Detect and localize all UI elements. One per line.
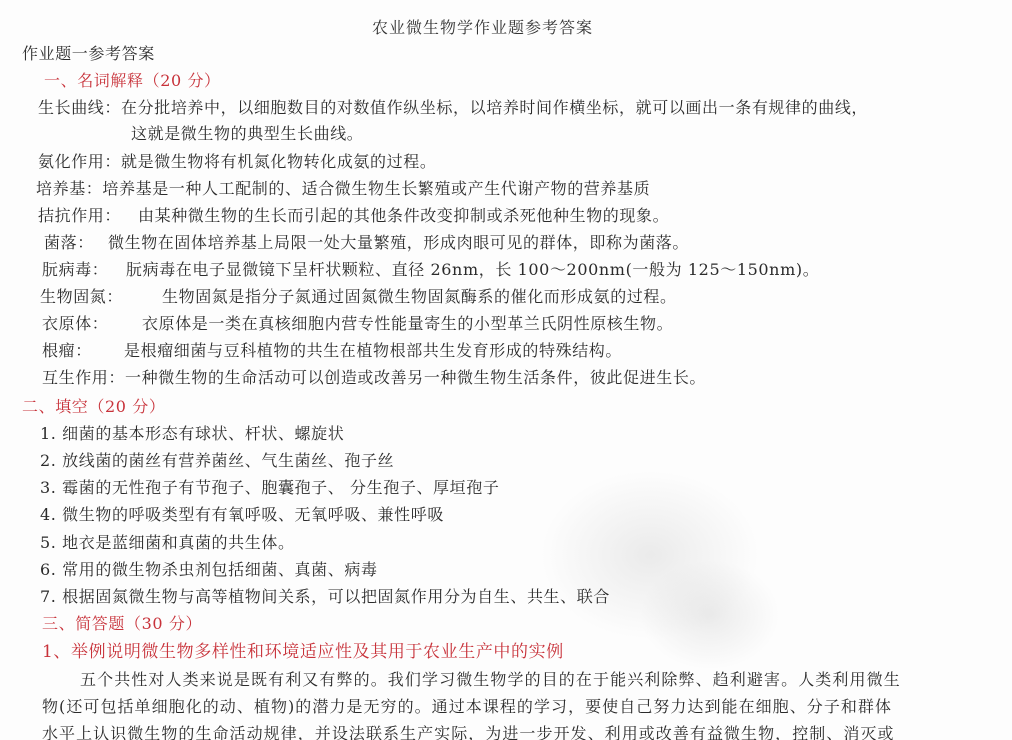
document-page: 农业微生物学作业题参考答案 作业题一参考答案 一、名词解释（20 分） 生长曲线…	[0, 0, 1012, 740]
fill-blank-item: 1. 细菌的基本形态有球状、杆状、螺旋状	[40, 424, 344, 444]
definition-text: 由某种微生物的生长而引起的其他条件改变抑制或杀死他种生物的现象。	[138, 206, 669, 225]
definition-term: 根瘤：	[42, 341, 124, 361]
definition-term: 生物固氮：	[40, 287, 162, 307]
section-heading-definitions: 一、名词解释（20 分）	[44, 71, 221, 91]
fill-blank-item: 4. 微生物的呼吸类型有有氧呼吸、无氧呼吸、兼性呼吸	[40, 505, 444, 525]
definition-item: 菌落：微生物在固体培养基上局限一处大量繁殖，形成肉眼可见的群体，即称为菌落。	[44, 233, 689, 253]
answer-paragraph-line: 水平上认识微生物的生命活动规律，并设法联系生产实际，为进一步开发、利用或改善有益…	[42, 724, 895, 740]
definition-item: 生物固氮：生物固氮是指分子氮通过固氮微生物固氮酶系的催化而形成氨的过程。	[40, 287, 677, 307]
scan-smudge	[640, 560, 780, 670]
answer-paragraph-line: 物(还可包括单细胞化的动、植物)的潜力是无穷的。通过本课程的学习，要使自己努力达…	[42, 697, 892, 717]
definition-term: 生长曲线：	[38, 98, 121, 118]
fill-blank-item: 2. 放线菌的菌丝有营养菌丝、气生菌丝、孢子丝	[40, 451, 394, 471]
document-subtitle: 作业题一参考答案	[22, 44, 155, 64]
definition-text: 培养基是一种人工配制的、适合微生物生长繁殖或产生代谢产物的营养基质	[102, 179, 650, 198]
definition-term: 氨化作用：	[38, 152, 121, 172]
definition-term: 衣原体：	[42, 314, 142, 334]
fill-blank-item: 6. 常用的微生物杀虫剂包括细菌、真菌、病毒	[40, 560, 378, 580]
definition-text: 衣原体是一类在真核细胞内营专性能量寄生的小型革兰氏阴性原核生物。	[142, 314, 673, 333]
definition-item: 根瘤：是根瘤细菌与豆科植物的共生在植物根部共生发育形成的特殊结构。	[42, 341, 622, 361]
definition-item: 氨化作用：就是微生物将有机氮化物转化成氨的过程。	[38, 152, 436, 172]
definition-term: 朊病毒：	[42, 260, 126, 280]
definition-item: 生长曲线：在分批培养中，以细胞数目的对数值作纵坐标，以培养时间作横坐标，就可以画…	[38, 98, 868, 118]
definition-text: 生物固氮是指分子氮通过固氮微生物固氮酶系的催化而形成氨的过程。	[162, 287, 677, 306]
scan-smudge	[540, 470, 760, 640]
fill-blank-item: 3. 霉菌的无性孢子有节孢子、胞囊孢子、 分生孢子、厚垣孢子	[40, 478, 499, 498]
definition-term: 培养基：	[36, 179, 102, 199]
definition-continuation: 这就是微生物的典型生长曲线。	[131, 124, 363, 144]
answer-paragraph-line: 五个共性对人类来说是既有利又有弊的。我们学习微生物学的目的在于能兴利除弊、趋利避…	[80, 670, 901, 690]
definition-text: 就是微生物将有机氮化物转化成氨的过程。	[121, 152, 436, 171]
definition-text: 是根瘤细菌与豆科植物的共生在植物根部共生发育形成的特殊结构。	[124, 341, 622, 360]
definition-term: 拮抗作用：	[38, 206, 138, 226]
definition-item: 互生作用：一种微生物的生命活动可以创造或改善另一种微生物生活条件，彼此促进生长。	[42, 368, 706, 388]
definition-text: 一种微生物的生命活动可以创造或改善另一种微生物生活条件，彼此促进生长。	[125, 368, 706, 387]
definition-item: 朊病毒：朊病毒在电子显微镜下呈杆状颗粒、直径 26nm，长 100～200nm(…	[42, 260, 819, 280]
fill-blank-item: 7. 根据固氮微生物与高等植物间关系，可以把固氮作用分为自生、共生、联合	[40, 587, 610, 607]
definition-term: 互生作用：	[42, 368, 125, 388]
document-title: 农业微生物学作业题参考答案	[372, 18, 593, 38]
definition-text: 微生物在固体培养基上局限一处大量繁殖，形成肉眼可见的群体，即称为菌落。	[108, 233, 689, 252]
section-heading-fill-blanks: 二、填空（20 分）	[22, 397, 165, 417]
definition-text: 在分批培养中，以细胞数目的对数值作纵坐标，以培养时间作横坐标，就可以画出一条有规…	[121, 98, 868, 117]
definition-item: 培养基：培养基是一种人工配制的、适合微生物生长繁殖或产生代谢产物的营养基质	[36, 179, 650, 199]
definition-item: 衣原体：衣原体是一类在真核细胞内营专性能量寄生的小型革兰氏阴性原核生物。	[42, 314, 673, 334]
section-heading-short-answer: 三、简答题（30 分）	[42, 614, 202, 634]
definition-term: 菌落：	[44, 233, 108, 253]
definition-item: 拮抗作用：由某种微生物的生长而引起的其他条件改变抑制或杀死他种生物的现象。	[38, 206, 669, 226]
fill-blank-item: 5. 地衣是蓝细菌和真菌的共生体。	[40, 533, 295, 553]
definition-text: 朊病毒在电子显微镜下呈杆状颗粒、直径 26nm，长 100～200nm(一般为 …	[126, 260, 819, 279]
question-heading: 1、举例说明微生物多样性和环境适应性及其用于农业生产中的实例	[42, 642, 564, 662]
